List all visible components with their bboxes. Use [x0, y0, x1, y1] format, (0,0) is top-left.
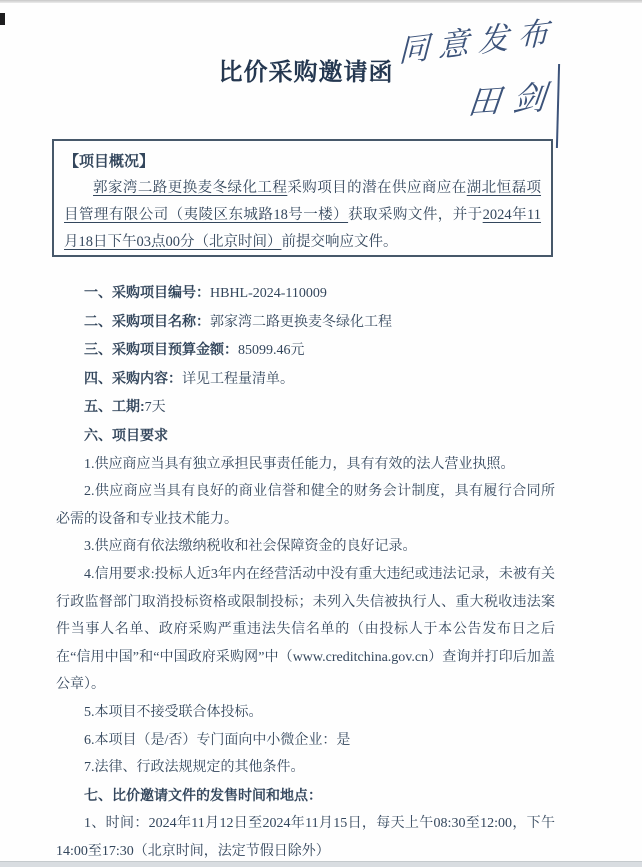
section-heading-line: 三、采购项目预算金额：85099.46元	[56, 336, 555, 365]
clause-item: 1.供应商应当具有独立承担民事责任能力，具有有效的法人营业执照。	[56, 451, 555, 479]
section-label: 七、比价邀请文件的发售时间和地点：	[84, 787, 322, 803]
section-value: 85099.46元	[238, 343, 305, 358]
section-label: 三、采购项目预算金额：	[84, 341, 238, 357]
plain-text: 采购项目的潜在供应商应在	[287, 180, 466, 196]
clause-item: 3.供应商有依法缴纳税收和社会保障资金的良好记录。	[56, 533, 555, 561]
document-body: 一、采购项目编号：HBHL-2024-110009二、采购项目名称：郭家湾二路更…	[56, 279, 555, 865]
section-heading-line: 四、采购内容：详见工程量清单。	[56, 365, 555, 394]
section-value: 7天	[145, 400, 166, 415]
clause-item: 4.信用要求:投标人近3年内在经营活动中没有重大违纪或违法记录，未被有关行政监督…	[56, 561, 555, 699]
section-value: HBHL-2024-110009	[210, 286, 327, 301]
underlined-text: 郭家湾二路更换麦冬绿化工程	[93, 180, 287, 196]
clause-item: 6.本项目（是/否）专门面向中小微企业：是	[56, 727, 555, 755]
plain-text: 前提交响应文件。	[282, 234, 398, 250]
section-label: 六、项目要求	[84, 427, 168, 443]
document-page: 比价采购邀请函 同意发布 田剑 【项目概况】 郭家湾二路更换麦冬绿化工程采购项目…	[0, 0, 642, 867]
clause-item: 7.法律、行政法规规定的其他条件。	[56, 754, 555, 782]
section-label: 四、采购内容：	[84, 370, 182, 386]
overview-heading: 【项目概况】	[64, 148, 541, 175]
scan-edge-bottom	[0, 861, 642, 867]
clause-item: 5.本项目不接受联合体投标。	[56, 699, 555, 727]
section-label: 二、采购项目名称：	[84, 313, 210, 329]
overview-paragraph: 郭家湾二路更换麦冬绿化工程采购项目的潜在供应商应在湖北恒磊项目管理有限公司（夷陵…	[64, 175, 541, 256]
section-label: 一、采购项目编号：	[84, 284, 210, 300]
scan-edge-top	[0, 0, 642, 3]
section-label: 五、工期:	[84, 398, 145, 414]
section-value: 详见工程量清单。	[182, 372, 294, 387]
handwritten-signature: 田剑	[466, 71, 561, 125]
section-value: 郭家湾二路更换麦冬绿化工程	[210, 315, 392, 330]
section-heading-line: 二、采购项目名称：郭家湾二路更换麦冬绿化工程	[56, 308, 555, 337]
section-heading-line: 七、比价邀请文件的发售时间和地点：	[56, 782, 555, 811]
section-heading-line: 五、工期:7天	[56, 393, 555, 422]
project-overview-box: 【项目概况】 郭家湾二路更换麦冬绿化工程采购项目的潜在供应商应在湖北恒磊项目管理…	[52, 139, 553, 257]
section-heading-line: 六、项目要求	[56, 422, 555, 451]
plain-text: 获取采购文件，并于	[348, 207, 483, 223]
clause-item: 1、时间：2024年11月12日至2024年11月15日，每天上午08:30至1…	[56, 810, 555, 865]
clause-item: 2.供应商应当具有良好的商业信誉和健全的财务会计制度，具有履行合同所必需的设备和…	[56, 478, 555, 533]
scan-artifact-mark	[0, 13, 5, 25]
section-heading-line: 一、采购项目编号：HBHL-2024-110009	[56, 279, 555, 308]
